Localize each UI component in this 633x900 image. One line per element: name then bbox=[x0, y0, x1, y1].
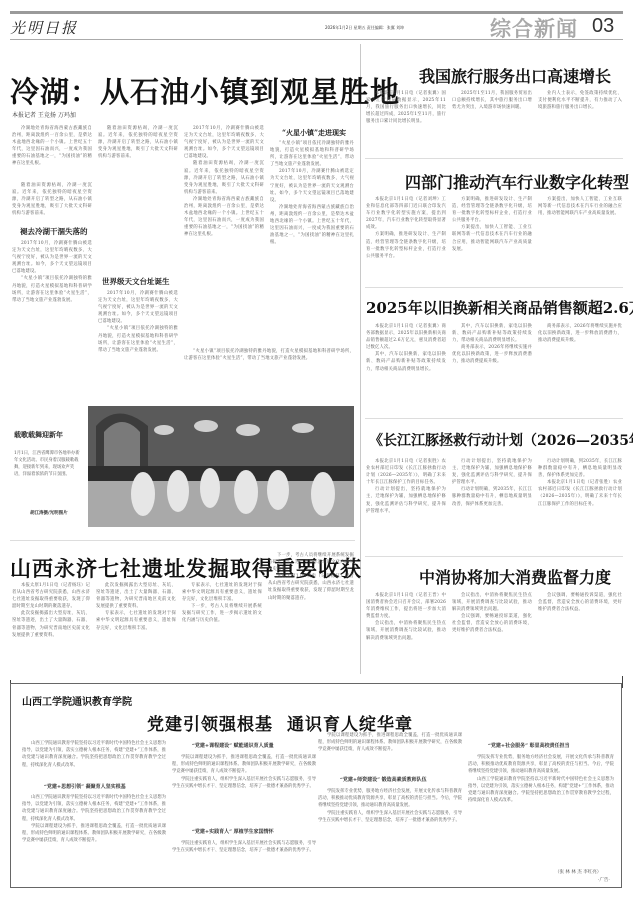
lead-col-3: 2017年10月，冷湖赛什腾山被选定为天文台址，这里年均晴夜数多、大气视宁度好，… bbox=[184, 125, 264, 345]
lead-subhead-3: “火星小镇”走进现实 bbox=[282, 128, 346, 138]
ad-col-2a: 学院以课程建设为抓手，推进课程思政全覆盖，打造一批优质通识课程，形成特色鲜明的通… bbox=[172, 754, 316, 820]
ad-col-3a: 学院以课程建设为抓手，推进课程思政全覆盖，打造一批优质通识课程，形成特色鲜明的通… bbox=[318, 732, 462, 768]
ad-col-2b: 学院注重实践育人，组织学生深入基层开展社会实践与志愿服务，引导学生在实践中增长才… bbox=[172, 840, 316, 880]
right-headline-5[interactable]: 中消协将加大消费监督力度 bbox=[419, 565, 611, 588]
r5-col-1: 本报北京1月1日电（记者王晋）中国消费者协会近日召开会议，部署2026年消费维权… bbox=[366, 592, 446, 662]
lead-headline[interactable]: 冷湖：从石油小镇到观星胜地 bbox=[10, 70, 400, 111]
r2-col-2: 方案明确，推进研发设计、生产制造、经营管理等全链条数字化升级，培育一批数字化转型… bbox=[452, 196, 532, 280]
masthead: 光明日报 2026年1月2日 星期五 责任编辑：张翼 刘坤 综合新闻 03 bbox=[10, 15, 623, 37]
section-rule bbox=[10, 540, 355, 541]
right-headline-4[interactable]: 《长江江豚拯救行动计划（2026—2035年）》发布实施 bbox=[369, 430, 633, 450]
r1-col-1: 本报北京1月1日电（记者张翼）国家外汇管理局数据显示，2025年11月，我国旅行… bbox=[366, 90, 446, 150]
r3-col-3: 商务部表示，2026年将继续实施并优化以旧换新政策，进一步释放消费潜力，推动消费… bbox=[538, 323, 622, 408]
lead-col-1b: 随着油田资源枯竭，冷湖一度沉寂。近年来，依托独特的暗夜星空资源，冷湖开启了转型之… bbox=[12, 182, 92, 222]
header-rule bbox=[10, 39, 623, 40]
advertorial-mark: ·广告· bbox=[598, 877, 610, 883]
advertorial-signature: （张 林 林 杰 李红亮） bbox=[555, 869, 601, 875]
newspaper-logo: 光明日报 bbox=[10, 17, 78, 38]
right-headline-2[interactable]: 四部门推动汽车行业数字化转型 bbox=[405, 170, 629, 193]
dateline: 2026年1月2日 星期五 责任编辑：张翼 刘坤 bbox=[325, 25, 404, 31]
section-rule bbox=[365, 158, 623, 159]
section-rule bbox=[365, 556, 623, 557]
shanxi-col-3: 专家表示，七社遗址的发现对于探索中华文明起源具有重要意义，遗址保存完好，文化层堆… bbox=[182, 582, 262, 674]
photo-caption-title: 载歌载舞迎新年 bbox=[14, 430, 63, 440]
r1-col-3: 业内人士表示，免签政策持续优化、支付便利化水平不断提升，有力推动了入境旅游和旅行… bbox=[538, 90, 622, 150]
shanxi-col-2: 此次发掘揭露出大型房址、灰坑、窑址等遗迹，出土了大量陶器、石器、骨器等遗物，为研… bbox=[96, 582, 176, 674]
ad-col-4: 学院发挥专业优势，服务地方经济社会发展，开展文化传承与科普教育活动，积极推动优质… bbox=[468, 754, 614, 864]
photo-caption-body: 1月1日，江西省鹰潭市各地举办新年文化活动。市民身着汉服载歌载舞，迎接新年到来，… bbox=[14, 450, 80, 478]
r1-col-2: 2025年1至11月，我国服务贸易出口总额持续增长，其中旅行服务出口增势尤为突出… bbox=[452, 90, 532, 150]
page-number: 03 bbox=[592, 15, 614, 38]
advertorial-title-part1: 党建引领强根基 bbox=[147, 715, 273, 735]
lead-col-tail: “火星小镇”项目依托冷湖独特的雅丹地貌，打造火星模拟基地和科普研学场所，让游客在… bbox=[184, 348, 354, 390]
ad-subhead-3: “党建+实践育人” 厚植学生家国情怀 bbox=[192, 828, 274, 835]
r3-col-1: 本报北京1月1日电（记者张翼）商务部数据显示，2025年以旧换新相关商品销售额超… bbox=[366, 323, 446, 408]
lead-col-4: “火星小镇”项目依托冷湖独特的雅丹地貌，打造火星模拟基地和科普研学场所，让游客在… bbox=[270, 140, 354, 345]
ad-subhead-5: “党建+社会服务” 彰显高校责任担当 bbox=[488, 742, 570, 749]
lead-col-2b: 2017年10月，冷湖赛什腾山被选定为天文台址，这里年均晴夜数多、大气视宁度好，… bbox=[98, 290, 178, 390]
shanxi-col-4: 下一步，考古人员将继续开展系统发掘与研究工作，进一步揭示遗址的文化内涵与历史价值… bbox=[268, 552, 354, 674]
r2-col-1: 本报北京1月1日电（记者刘坤）工业和信息化部等四部门近日联合印发汽车行业数字化转… bbox=[366, 196, 446, 280]
lead-byline: 本报记者 王竞扬 万玛加 bbox=[12, 110, 76, 119]
r4-col-3: 行动计划明确，到2035年，长江江豚种群数量稳中有升，栖息地质量明显改善，保护体… bbox=[538, 458, 622, 553]
section-rule bbox=[365, 418, 623, 419]
ad-subhead-4: “党建+师资建设” 锻造高素质教师队伍 bbox=[340, 776, 427, 783]
advertorial-org: 山西工学院通识教育学院 bbox=[22, 693, 132, 708]
layout-marker bbox=[622, 676, 623, 688]
dance-photo[interactable] bbox=[88, 406, 354, 527]
r4-col-1: 本报北京1月1日电（记者张胜）农业农村部近日印发《长江江豚拯救行动计划（2026… bbox=[366, 458, 446, 553]
ad-col-1a: 山西工学院通识教育学院坚持以习近平新时代中国特色社会主义思想为指导，以党建为引领… bbox=[22, 740, 166, 778]
right-headline-3[interactable]: 2025年以旧换新相关商品销售额超2.6万亿元 bbox=[366, 297, 633, 318]
r5-col-2: 会议指出，中消协将聚焦民生热点领域，开展消费调查与比较试验，推动解决消费领域突出… bbox=[452, 592, 532, 662]
ad-subhead-2: “党建+课程建设” 赋能通识育人质量 bbox=[192, 742, 274, 749]
ad-col-1b: 山西工学院通识教育学院坚持以习近平新时代中国特色社会主义思想为指导，以党建为引领… bbox=[22, 794, 166, 880]
lead-subhead-2: 世界级天文台址诞生 bbox=[102, 276, 170, 287]
photo-credit: 胡江涛摄/光明图片 bbox=[30, 510, 68, 516]
r4-col-2: 行动计划提出，坚持就地保护为主、迁地保护为辅，加强栖息地保护修复，强化监测评估与… bbox=[452, 458, 532, 553]
lead-col-2: 随着油田资源枯竭，冷湖一度沉寂。近年来，依托独特的暗夜星空资源，冷湖开启了转型之… bbox=[98, 125, 178, 245]
r3-col-2: 其中，汽车以旧换新、家电以旧换新、数码产品购新补贴等政策持续发力，带动相关商品消… bbox=[452, 323, 532, 408]
dance-photo-image bbox=[88, 406, 354, 527]
shanxi-col-1: 本报太原1月1日电（记者杨珏）记者从山西省考古研究院获悉，山西永济七社遗址发掘取… bbox=[12, 582, 90, 674]
lead-subhead-1: 褪去冷湖干涸失落的 bbox=[20, 226, 88, 237]
ad-subhead-1: “党建+思想引领” 凝聚育人坚实根基 bbox=[44, 783, 126, 790]
ad-col-3b: 学院发挥专业优势，服务地方经济社会发展，开展文化传承与科普教育活动，积极推动优质… bbox=[318, 788, 462, 862]
r5-col-3: 会议强调，要畅通投诉渠道，强化社会监督，营造安全放心的消费环境，更好维护消费者合… bbox=[538, 592, 622, 662]
right-headline-1[interactable]: 我国旅行服务出口高速增长 bbox=[419, 64, 611, 87]
r2-col-3: 方案提出，加快人工智能、工业互联网等新一代信息技术在汽车行业的融合应用，推动智能… bbox=[538, 196, 622, 280]
lead-col-1c: 2017年10月，冷湖赛什腾山被选定为天文台址，这里年均晴夜数多、大气视宁度好，… bbox=[12, 240, 92, 390]
section-rule bbox=[365, 287, 623, 288]
